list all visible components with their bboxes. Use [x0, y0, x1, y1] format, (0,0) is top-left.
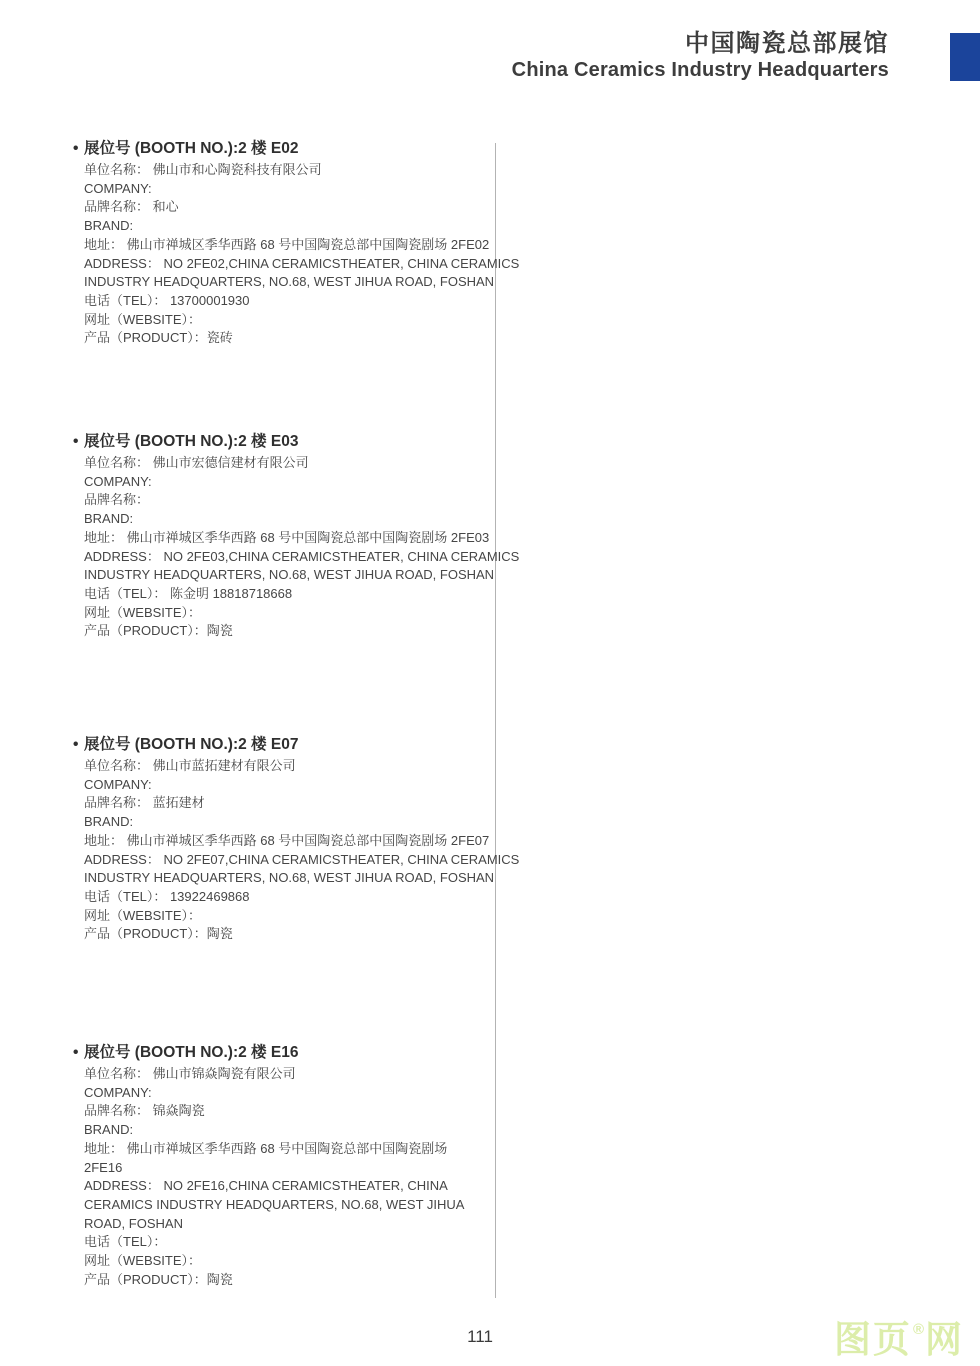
booth-number-heading: •展位号 (BOOTH NO.):2 楼 E16 [73, 1042, 483, 1063]
entry-line-address-zh: 地址： 佛山市禅城区季华西路 68 号中国陶瓷总部中国陶瓷剧场 2FE07 [73, 832, 483, 851]
entry-line-address-en: ADDRESS： NO 2FE07,CHINA CERAMICSTHEATER,… [73, 851, 483, 870]
entry-line-company-zh: 单位名称： 佛山市锦焱陶瓷有限公司 [73, 1065, 483, 1084]
entry-line-brand-en: BRAND: [73, 813, 483, 832]
page-title-chinese: 中国陶瓷总部展馆 [512, 30, 889, 58]
entry-line-website: 网址（WEBSITE）： [73, 604, 483, 623]
entry-line-address-en-3: ROAD, FOSHAN [73, 1215, 483, 1234]
watermark-logo: 图页®网 [834, 1310, 964, 1360]
booth-entry: •展位号 (BOOTH NO.):2 楼 E03 单位名称： 佛山市宏德信建材有… [73, 431, 483, 641]
entry-line-address-en: ADDRESS： NO 2FE03,CHINA CERAMICSTHEATER,… [73, 548, 483, 567]
bullet-icon: • [73, 431, 84, 452]
catalog-page: 中国陶瓷总部展馆 China Ceramics Industry Headqua… [0, 0, 980, 1366]
entry-line-address-en: ADDRESS： NO 2FE16,CHINA CERAMICSTHEATER,… [73, 1177, 483, 1196]
entry-line-company-en: COMPANY: [73, 473, 483, 492]
entry-line-brand-en: BRAND: [73, 217, 483, 236]
entry-line-address-zh-2: 2FE16 [73, 1159, 483, 1178]
column-divider-line [495, 143, 496, 1298]
watermark-text-right: 网 [925, 1319, 964, 1360]
entry-line-address-en-2: INDUSTRY HEADQUARTERS, NO.68, WEST JIHUA… [73, 566, 483, 585]
entry-line-company-zh: 单位名称： 佛山市宏德信建材有限公司 [73, 454, 483, 473]
entry-line-company-en: COMPANY: [73, 1084, 483, 1103]
entry-line-tel: 电话（TEL）： 陈金明 18818718668 [73, 585, 483, 604]
watermark-text-left: 图页 [834, 1319, 912, 1360]
bullet-icon: • [73, 734, 84, 755]
entry-line-brand-zh: 品牌名称： [73, 491, 483, 510]
entry-line-address-en: ADDRESS： NO 2FE02,CHINA CERAMICSTHEATER,… [73, 255, 483, 274]
bullet-icon: • [73, 1042, 84, 1063]
entry-line-website: 网址（WEBSITE）： [73, 1252, 483, 1271]
entry-line-company-en: COMPANY: [73, 776, 483, 795]
entry-line-address-zh: 地址： 佛山市禅城区季华西路 68 号中国陶瓷总部中国陶瓷剧场 2FE03 [73, 529, 483, 548]
booth-entry: •展位号 (BOOTH NO.):2 楼 E16 单位名称： 佛山市锦焱陶瓷有限… [73, 1042, 483, 1289]
booth-number-label: 展位号 (BOOTH NO.):2 楼 E16 [84, 1044, 298, 1061]
booth-number-label: 展位号 (BOOTH NO.):2 楼 E03 [84, 433, 298, 450]
entry-line-tel: 电话（TEL）： 13700001930 [73, 292, 483, 311]
entry-line-address-en-2: INDUSTRY HEADQUARTERS, NO.68, WEST JIHUA… [73, 273, 483, 292]
entry-line-address-zh: 地址： 佛山市禅城区季华西路 68 号中国陶瓷总部中国陶瓷剧场 [73, 1140, 483, 1159]
booth-number-label: 展位号 (BOOTH NO.):2 楼 E02 [84, 140, 298, 157]
entry-line-product: 产品（PRODUCT）：陶瓷 [73, 925, 483, 944]
entry-line-address-zh: 地址： 佛山市禅城区季华西路 68 号中国陶瓷总部中国陶瓷剧场 2FE02 [73, 236, 483, 255]
booth-entry: •展位号 (BOOTH NO.):2 楼 E07 单位名称： 佛山市蓝拓建材有限… [73, 734, 483, 944]
entry-line-company-zh: 单位名称： 佛山市和心陶瓷科技有限公司 [73, 161, 483, 180]
registered-trademark-icon: ® [913, 1310, 924, 1350]
entry-line-website: 网址（WEBSITE）： [73, 311, 483, 330]
entry-line-product: 产品（PRODUCT）：瓷砖 [73, 329, 483, 348]
entry-line-address-en-2: INDUSTRY HEADQUARTERS, NO.68, WEST JIHUA… [73, 869, 483, 888]
booth-number-label: 展位号 (BOOTH NO.):2 楼 E07 [84, 736, 298, 753]
entry-line-brand-en: BRAND: [73, 510, 483, 529]
page-title-english: China Ceramics Industry Headquarters [512, 58, 889, 82]
entry-line-product: 产品（PRODUCT）：陶瓷 [73, 622, 483, 641]
entry-line-company-en: COMPANY: [73, 180, 483, 199]
blue-accent-block [950, 33, 980, 81]
entry-line-tel: 电话（TEL）： [73, 1233, 483, 1252]
entry-line-brand-zh: 品牌名称： 锦焱陶瓷 [73, 1102, 483, 1121]
entry-line-brand-zh: 品牌名称： 和心 [73, 198, 483, 217]
page-number: 111 [0, 1327, 960, 1347]
entry-line-address-en-2: CERAMICS INDUSTRY HEADQUARTERS, NO.68, W… [73, 1196, 483, 1215]
booth-number-heading: •展位号 (BOOTH NO.):2 楼 E03 [73, 431, 483, 452]
entry-line-brand-en: BRAND: [73, 1121, 483, 1140]
booth-number-heading: •展位号 (BOOTH NO.):2 楼 E02 [73, 138, 483, 159]
entry-line-product: 产品（PRODUCT）：陶瓷 [73, 1271, 483, 1290]
page-header: 中国陶瓷总部展馆 China Ceramics Industry Headqua… [512, 30, 889, 82]
booth-entry: •展位号 (BOOTH NO.):2 楼 E02 单位名称： 佛山市和心陶瓷科技… [73, 138, 483, 348]
booth-number-heading: •展位号 (BOOTH NO.):2 楼 E07 [73, 734, 483, 755]
entry-line-company-zh: 单位名称： 佛山市蓝拓建材有限公司 [73, 757, 483, 776]
entry-line-brand-zh: 品牌名称： 蓝拓建材 [73, 794, 483, 813]
entry-line-website: 网址（WEBSITE）： [73, 907, 483, 926]
entry-line-tel: 电话（TEL）： 13922469868 [73, 888, 483, 907]
bullet-icon: • [73, 138, 84, 159]
